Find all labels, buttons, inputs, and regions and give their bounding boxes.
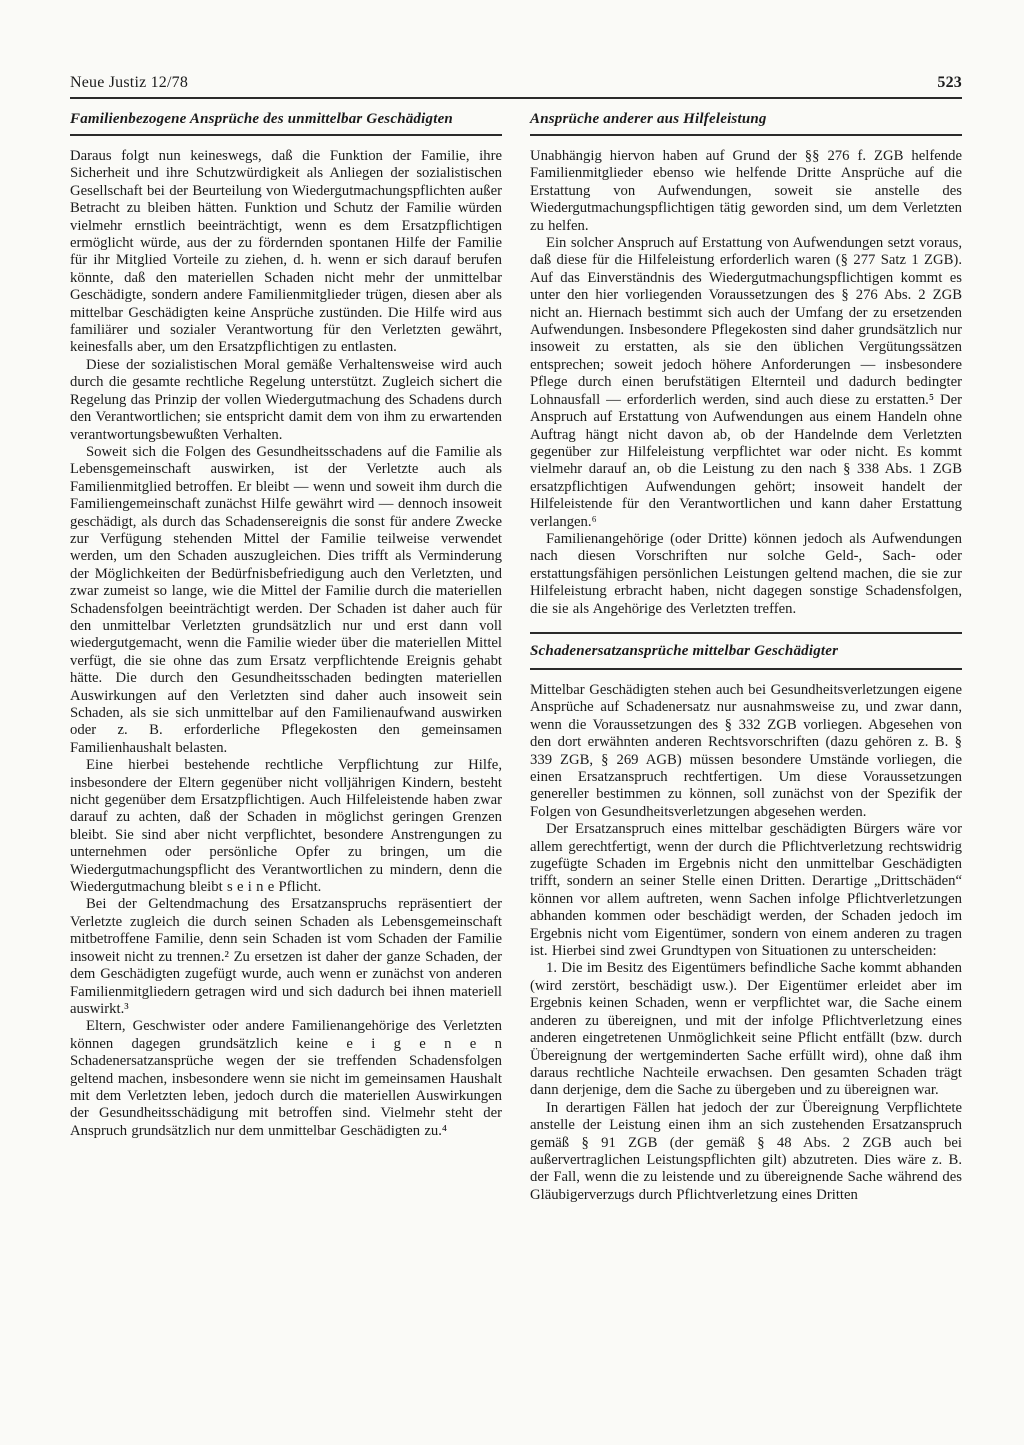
right-heading-divider [530, 134, 962, 136]
paragraph: Familienangehörige (oder Dritte) können … [530, 531, 962, 618]
journal-page: Neue Justiz 12/78 523 Familienbezogene A… [0, 0, 1024, 1445]
paragraph: Unabhängig hiervon haben auf Grund der §… [530, 148, 962, 235]
section-heading-bottom-divider [530, 668, 962, 670]
right-column-heading: Ansprüche anderer aus Hilfeleistung [530, 111, 962, 128]
paragraph: Soweit sich die Folgen des Gesundheitssc… [70, 444, 502, 757]
two-column-body: Familienbezogene Ansprüche des unmittelb… [70, 111, 962, 1204]
section-heading: Schadenersatzansprüche mittelbar Geschäd… [530, 634, 962, 668]
page-header: Neue Justiz 12/78 523 [70, 74, 962, 92]
paragraph: Ein solcher Anspruch auf Erstattung von … [530, 235, 962, 531]
header-divider [70, 97, 962, 99]
paragraph: Mittelbar Geschädigten stehen auch bei G… [530, 682, 962, 821]
paragraph: Der Ersatzanspruch eines mittelbar gesch… [530, 821, 962, 960]
left-column: Familienbezogene Ansprüche des unmittelb… [70, 111, 502, 1204]
paragraph: 1. Die im Besitz des Eigentümers befindl… [530, 960, 962, 1099]
paragraph: In derartigen Fällen hat jedoch der zur … [530, 1100, 962, 1204]
paragraph: Daraus folgt nun keineswegs, daß die Fun… [70, 148, 502, 357]
left-column-heading: Familienbezogene Ansprüche des unmittelb… [70, 111, 502, 128]
journal-title: Neue Justiz 12/78 [70, 74, 188, 92]
right-column: Ansprüche anderer aus Hilfeleistung Unab… [530, 111, 962, 1204]
left-heading-divider [70, 134, 502, 136]
paragraph: Bei der Geltendmachung des Ersatzanspruc… [70, 896, 502, 1018]
page-number: 523 [937, 74, 962, 92]
section-heading-block: Schadenersatzansprüche mittelbar Geschäd… [530, 632, 962, 670]
paragraph: Eltern, Geschwister oder andere Familien… [70, 1018, 502, 1140]
paragraph: Eine hierbei bestehende rechtliche Verpf… [70, 757, 502, 896]
paragraph: Diese der sozialistischen Moral gemäße V… [70, 357, 502, 444]
